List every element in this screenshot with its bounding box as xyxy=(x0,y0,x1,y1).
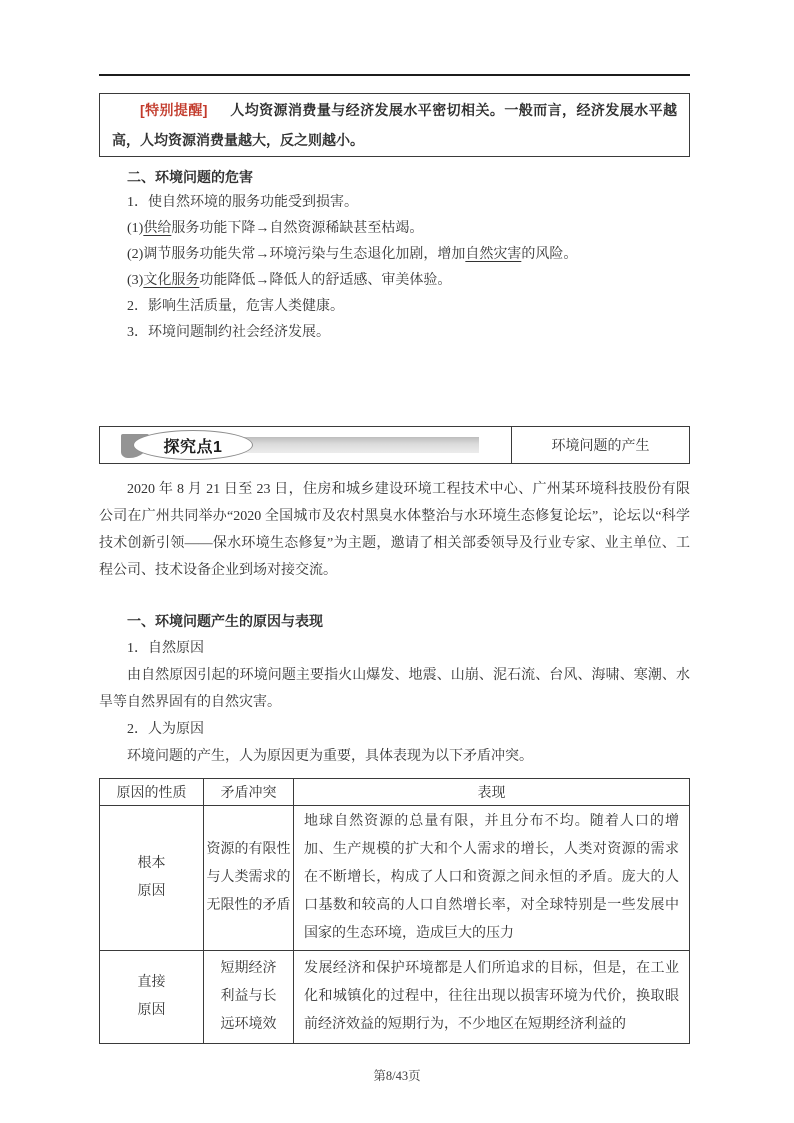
explore-point-topic: 环境问题的产生 xyxy=(511,427,689,463)
harm-item-3: (2)调节服务功能失常→环境污染与生态退化加剧，增加自然灾害的风险。 xyxy=(99,242,690,268)
explore-intro-paragraph: 2020 年 8 月 21 日至 23 日，住房和城乡建设环境工程技术中心、广州… xyxy=(99,476,690,584)
table-row-direct-cause: 直接 原因 短期经济 利益与长 远环境效 发展经济和保护环境都是人们所追求的目标… xyxy=(100,951,690,1044)
harm-item-1: 1．使自然环境的服务功能受到损害。 xyxy=(99,190,690,216)
causes-subheading-human: 2．人为原因 xyxy=(99,716,690,743)
section-harm-title: 二、环境问题的危害 xyxy=(99,164,690,190)
explore-badge-ellipse: 探究点1 xyxy=(133,430,253,460)
table-row-root-cause: 根本 原因 资源的有限性 与人类需求的 无限性的矛盾 地球自然资源的总量有限，并… xyxy=(100,806,690,951)
explore-point-badge-area: 探究点1 xyxy=(100,427,511,463)
harm-item-3-pre: (2)调节服务功能失常→环境污染与生态退化加剧，增加 xyxy=(127,247,465,262)
harm-item-6: 3．环境问题制约社会经济发展。 xyxy=(99,320,690,346)
conflict-table-header-row: 原因的性质 矛盾冲突 表现 xyxy=(100,779,690,806)
section-harm: 二、环境问题的危害 1．使自然环境的服务功能受到损害。 (1)供给服务功能下降→… xyxy=(99,164,690,346)
causes-paragraph-natural: 由自然原因引起的环境问题主要指火山爆发、地震、山崩、泥石流、台风、海啸、寒潮、水… xyxy=(99,662,690,716)
special-reminder-label: [特别提醒] xyxy=(140,102,207,118)
harm-item-2: (1)供给服务功能下降→自然资源稀缺甚至枯竭。 xyxy=(99,216,690,242)
cell-root-conflict: 资源的有限性 与人类需求的 无限性的矛盾 xyxy=(204,806,294,951)
special-reminder-box: [特别提醒]人均资源消费量与经济发展水平密切相关。一般而言，经济发展水平越高，人… xyxy=(99,93,690,157)
explore-point-label: 探究点1 xyxy=(164,434,223,457)
harm-item-2-post: 服务功能下降→自然资源稀缺甚至枯竭。 xyxy=(171,221,423,236)
header-rule xyxy=(99,74,690,76)
harm-item-2-underlined: 供给 xyxy=(143,221,171,236)
column-header-conflict: 矛盾冲突 xyxy=(204,779,294,806)
explore-point-header: 探究点1 环境问题的产生 xyxy=(99,426,690,464)
harm-item-2-pre: (1) xyxy=(127,221,143,236)
harm-item-4-underlined: 文化服务 xyxy=(143,273,199,288)
causes-subheading-natural: 1．自然原因 xyxy=(99,635,690,662)
column-header-nature: 原因的性质 xyxy=(100,779,204,806)
cell-root-manifestation: 地球自然资源的总量有限，并且分布不均。随着人口的增加、生产规模的扩大和个人需求的… xyxy=(294,806,690,951)
page-content: [特别提醒]人均资源消费量与经济发展水平密切相关。一般而言，经济发展水平越高，人… xyxy=(99,0,690,1044)
harm-item-4: (3)文化服务功能降低→降低人的舒适感、审美体验。 xyxy=(99,268,690,294)
harm-item-4-pre: (3) xyxy=(127,273,143,288)
cell-root-nature: 根本 原因 xyxy=(100,806,204,951)
cell-direct-manifestation: 发展经济和保护环境都是人们所追求的目标，但是，在工业化和城镇化的过程中，往往出现… xyxy=(294,951,690,1044)
cell-direct-conflict: 短期经济 利益与长 远环境效 xyxy=(204,951,294,1044)
section-causes: 一、环境问题产生的原因与表现 1．自然原因 由自然原因引起的环境问题主要指火山爆… xyxy=(99,608,690,770)
harm-item-5: 2．影响生活质量，危害人类健康。 xyxy=(99,294,690,320)
harm-item-3-underlined: 自然灾害 xyxy=(465,247,521,262)
harm-item-4-post: 功能降低→降低人的舒适感、审美体验。 xyxy=(199,273,451,288)
column-header-manifestation: 表现 xyxy=(294,779,690,806)
page-number: 第8/43页 xyxy=(0,1066,794,1084)
causes-paragraph-human: 环境问题的产生，人为原因更为重要，具体表现为以下矛盾冲突。 xyxy=(99,743,690,770)
harm-item-3-post: 的风险。 xyxy=(521,247,577,262)
document-page: [特别提醒]人均资源消费量与经济发展水平密切相关。一般而言，经济发展水平越高，人… xyxy=(0,0,794,1123)
cell-direct-nature: 直接 原因 xyxy=(100,951,204,1044)
conflict-table: 原因的性质 矛盾冲突 表现 根本 原因 资源的有限性 与人类需求的 无限性的矛盾… xyxy=(99,778,690,1044)
section-causes-title: 一、环境问题产生的原因与表现 xyxy=(99,608,690,635)
